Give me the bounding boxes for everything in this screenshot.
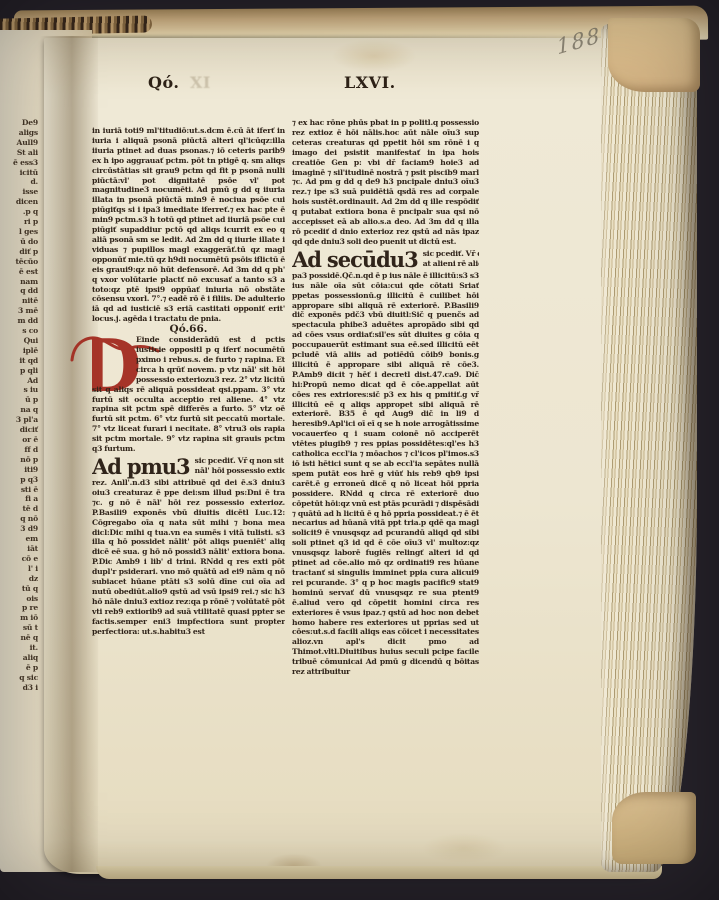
side-line: at alieni rē aliquā qsi p: [423, 259, 479, 269]
facing-page-fragment: cō e: [0, 554, 38, 564]
facing-page-fragment: isse: [0, 187, 38, 197]
paragraph-ad-primum-body: rez. Anll'.n.d3 sibi attribuē qd dei ē.s…: [92, 478, 285, 637]
facing-page-fragment: aligs: [0, 128, 38, 138]
facing-page-fragment: ff d: [0, 445, 38, 455]
facing-page-fragment: l ges: [0, 227, 38, 237]
facing-page-fragment: q sic: [0, 673, 38, 683]
page-bottom-edge: [96, 866, 662, 879]
facing-page-fragment: ū do: [0, 237, 38, 247]
facing-page-fragment: tū q: [0, 584, 38, 594]
facing-page-fragment: diť p: [0, 247, 38, 257]
paragraph-q66-intro: DEinde considerādū est d pctis iusticie …: [92, 335, 285, 454]
fore-edge-corner-top: [608, 18, 700, 92]
facing-page-fragment: ri p: [0, 217, 38, 227]
facing-page-fragment: na q: [0, 405, 38, 415]
running-header-question: Qó.: [148, 74, 179, 92]
facing-page-fragment: it qd: [0, 356, 38, 366]
facing-page-fragment: St ali: [0, 148, 38, 158]
facing-page-fragment: icitū: [0, 168, 38, 178]
gutter-shadow: [40, 36, 98, 872]
paragraph-ad-secundum-body: pa3 possidē.Qč.n.qd ē p ius nāle ē illic…: [292, 271, 479, 677]
facing-page-fragment: p q3: [0, 475, 38, 485]
facing-page-fragment: d.: [0, 177, 38, 187]
facing-page-fragment: 3 d9: [0, 524, 38, 534]
rubricated-initial-d: D: [92, 338, 131, 382]
side-line: sic pcediť. Vř q non sit: [195, 456, 285, 466]
facing-page-fragment: iplē: [0, 346, 38, 356]
facing-page-fragment: it.: [0, 643, 38, 653]
facing-page-fragment: q nō: [0, 514, 38, 524]
ad-secundum-heading: Ad secūdu3: [292, 249, 418, 270]
fore-edge-stack: [601, 24, 697, 872]
left-text-column: in iuriā toti9 ml'titudiō:ut.s.dcm ē.cū …: [92, 126, 285, 710]
facing-page-fragment: m dd: [0, 316, 38, 326]
fore-edge-corner-bottom: [612, 792, 696, 864]
facing-page-fragment: q dd: [0, 286, 38, 296]
running-header-ghost-numeral: XI: [190, 74, 211, 92]
facing-page-fragment: em: [0, 534, 38, 544]
facing-page-fragment: p qli: [0, 366, 38, 376]
side-line: nāl' hōi possessio extioz: [195, 466, 285, 476]
facing-page-fragment: diciť: [0, 425, 38, 435]
facing-page-fragment: ū p: [0, 395, 38, 405]
facing-page-fragment: nē q: [0, 633, 38, 643]
facing-page-fragment: ē p: [0, 663, 38, 673]
facing-page-fragment: fi a: [0, 494, 38, 504]
facing-page-fragment: nam: [0, 277, 38, 287]
facing-page-text: De9aligsAull9St aliē ess3icitūd.issedice…: [0, 118, 40, 694]
facing-page-fragment: nō p: [0, 455, 38, 465]
facing-page-fragment: p re: [0, 603, 38, 613]
side-line: sic pcediť. Vř q ñ lice-: [423, 249, 479, 259]
facing-page-fragment: tē d: [0, 504, 38, 514]
facing-page-fragment: dz: [0, 574, 38, 584]
ad-secundum-side-lines: sic pcediť. Vř q ñ lice- at alieni rē al…: [423, 249, 479, 269]
ad-primum-side-lines: sic pcediť. Vř q non sit nāl' hōi posses…: [195, 456, 285, 476]
facing-page-fragment: ē ess3: [0, 158, 38, 168]
facing-page-fragment: s iu: [0, 385, 38, 395]
facing-page-fragment: .p q: [0, 207, 38, 217]
facing-page-fragment: nitē: [0, 296, 38, 306]
facing-page-fragment: sū t: [0, 623, 38, 633]
running-header-folio: LXVI.: [344, 74, 396, 92]
book-photograph: De9aligsAull9St aliē ess3icitūd.issedice…: [0, 0, 719, 900]
facing-page-fragment: or ē: [0, 435, 38, 445]
facing-page-fragment: ois: [0, 594, 38, 604]
facing-page-fragment: 3 pl'a: [0, 415, 38, 425]
facing-page-fragment: m iō: [0, 613, 38, 623]
facing-page-fragment: dicen: [0, 197, 38, 207]
facing-page-fragment: Qui: [0, 336, 38, 346]
facing-page-fragment: iāt: [0, 544, 38, 554]
facing-page-fragment: tēcūo: [0, 257, 38, 267]
facing-page-fragment: De9: [0, 118, 38, 128]
facing-page-fragment: Aull9: [0, 138, 38, 148]
paragraph-q65-end: in iuriā toti9 ml'titudiō:ut.s.dcm ē.cū …: [92, 126, 285, 324]
facing-page-fragment: d3 i: [0, 683, 38, 693]
ad-primum-heading: Ad pmu3: [92, 456, 190, 477]
paragraph-article1-end: ⁊ ex hac rōne phūs pbat in p politl.q po…: [292, 118, 479, 247]
facing-page-fragment: l' i: [0, 564, 38, 574]
right-text-column: ⁊ ex hac rōne phūs pbat in p politl.q po…: [292, 118, 479, 710]
facing-page-fragment: 3 mē: [0, 306, 38, 316]
ad-primum-heading-row: Ad pmu3 sic pcediť. Vř q non sit nāl' hō…: [92, 456, 285, 477]
facing-page-fragment: iti9: [0, 465, 38, 475]
ad-secundum-heading-row: Ad secūdu3 sic pcediť. Vř q ñ lice- at a…: [292, 249, 479, 270]
facing-page-fragment: ē est: [0, 267, 38, 277]
facing-page-fragment: sti ē: [0, 485, 38, 495]
facing-page-fragment: s co: [0, 326, 38, 336]
facing-page-fragment: aliq: [0, 653, 38, 663]
facing-page-fragment: Ad: [0, 376, 38, 386]
